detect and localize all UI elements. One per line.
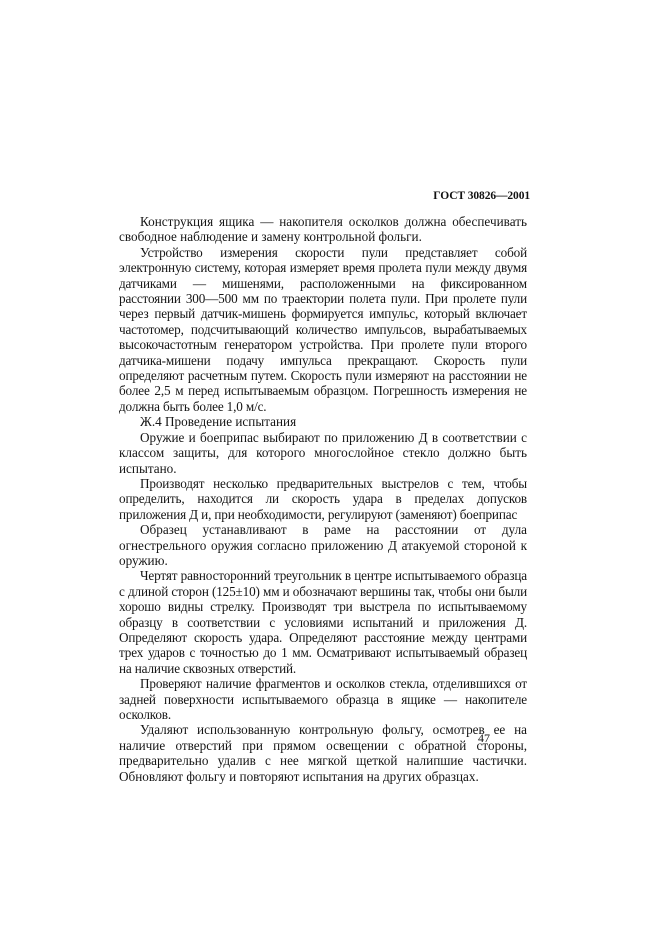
document-page: ГОСТ 30826—2001 Конструкция ящика — нако… bbox=[0, 0, 661, 935]
standard-header: ГОСТ 30826—2001 bbox=[433, 190, 530, 202]
paragraph-foil-replacement: Удаляют использованную контрольную фольг… bbox=[119, 722, 527, 784]
paragraph-box-construction: Конструкция ящика — накопителя осколков … bbox=[119, 214, 527, 245]
body-text: Конструкция ящика — накопителя осколков … bbox=[119, 214, 527, 784]
section-heading: Ж.4 Проведение испытания bbox=[119, 414, 527, 429]
paragraph-sample-mounting: Образец устанавливают в раме на расстоян… bbox=[119, 522, 527, 568]
paragraph-fragment-check: Проверяют наличие фрагментов и осколков … bbox=[119, 676, 527, 722]
paragraph-speed-device: Устройство измерения скорости пули предс… bbox=[119, 245, 527, 414]
paragraph-triangle-shots: Чертят равносторонний треугольник в цент… bbox=[119, 568, 527, 676]
paragraph-weapon-selection: Оружие и боеприпас выбирают по приложени… bbox=[119, 430, 527, 476]
paragraph-preliminary-shots: Производят несколько предварительных выс… bbox=[119, 476, 527, 522]
page-number: 47 bbox=[478, 731, 490, 746]
